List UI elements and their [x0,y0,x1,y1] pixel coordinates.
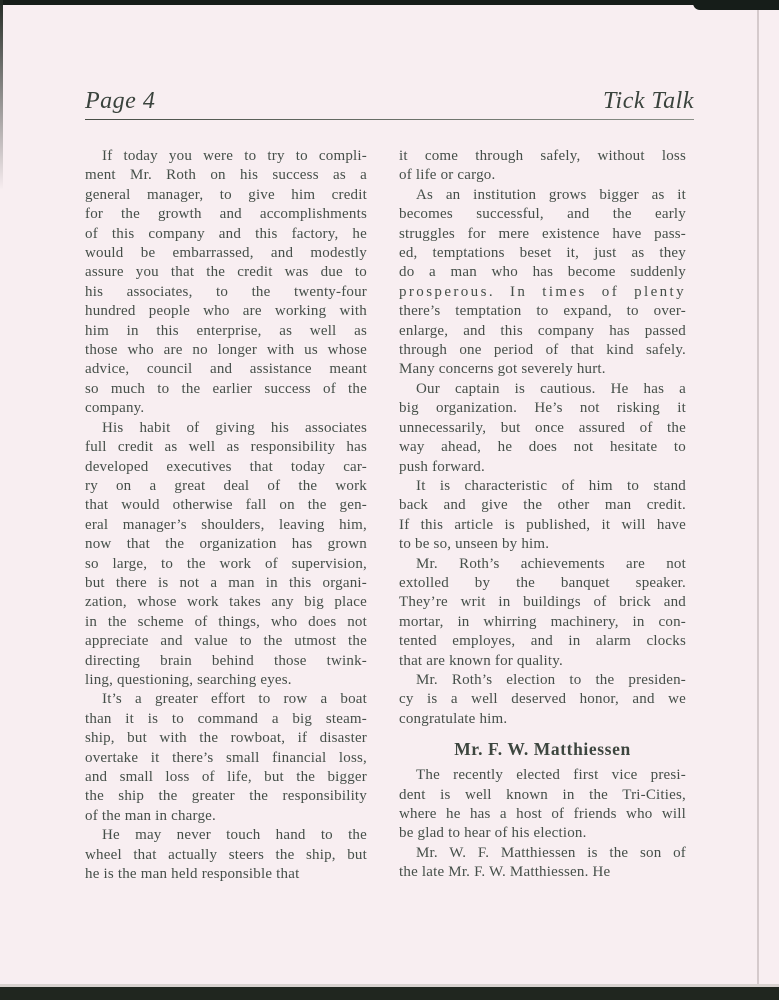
text-line: His habit of giving his associates [85,419,367,438]
text-line: appreciate and value to the utmost the [85,632,367,651]
paragraph: Mr. Roth’s election to the presiden-cy i… [399,671,686,729]
text-line: Mr. Roth’s election to the presiden- [399,671,686,690]
text-line: where he has a host of friends who will [399,805,686,824]
text-line: ship, but with the rowboat, if disaster [85,729,367,748]
text-line: advice, council and assistance meant [85,360,367,379]
text-line: he is the man held responsible that [85,865,367,884]
text-line: company. [85,399,367,418]
text-line: big organization. He’s not risking it [399,399,686,418]
text-line: ment Mr. Roth on his success as a [85,166,367,185]
text-line: prosperous. In times of plenty [399,283,686,302]
text-line: but there is not a man in this organi- [85,574,367,593]
text-line: eral manager’s shoulders, leaving him, [85,516,367,535]
scan-edge-bottom [0,987,779,1000]
text-line: ling, questioning, searching eyes. [85,671,367,690]
text-line: ed, temptations beset it, just as they [399,244,686,263]
text-line: ry on a great deal of the work [85,477,367,496]
text-line: overtake it there’s small financial loss… [85,749,367,768]
page-header: Page 4 Tick Talk [85,88,694,120]
text-line: there’s temptation to expand, to over- [399,302,686,321]
text-line: so much to the earlier success of the [85,380,367,399]
publication-title: Tick Talk [603,88,694,115]
text-line: hundred people who are working with [85,302,367,321]
text-line: struggles for mere existence have pass- [399,225,686,244]
paragraph: It is characteristic of him to standback… [399,477,686,555]
text-line: assure you that the credit was due to [85,263,367,282]
text-line: so large, to the work of supervision, [85,555,367,574]
scan-edge-top-right [693,0,779,10]
header-rule [85,119,694,120]
page-crease [757,10,759,984]
text-line: than it is to command a big steam- [85,710,367,729]
scan-edge-left [0,0,3,190]
paragraph: The recently elected first vice presi-de… [399,766,686,844]
paragraph: it come through safely, without lossof l… [399,147,686,186]
text-line: that are known for quality. [399,652,686,671]
text-line: him in this enterprise, as well as [85,322,367,341]
text-line: those who are no longer with us whose [85,341,367,360]
text-line: would be embarrassed, and modestly [85,244,367,263]
paragraph: His habit of giving his associatesfull c… [85,419,367,691]
paragraph: Mr. W. F. Matthiessen is the son ofthe l… [399,844,686,883]
text-line: for the growth and accomplishments [85,205,367,224]
text-line: He may never touch hand to the [85,826,367,845]
text-line: of this company and this factory, he [85,225,367,244]
paragraph: It’s a greater effort to row a boatthan … [85,690,367,826]
text-line: As an institution grows bigger as it [399,186,686,205]
text-line: that would otherwise fall on the gen- [85,496,367,515]
paragraph: If today you were to try to compli-ment … [85,147,367,419]
text-line: general manager, to give him credit [85,186,367,205]
text-line: If today you were to try to compli- [85,147,367,166]
text-line: mortar, in whirring machinery, in con- [399,613,686,632]
text-line: his associates, to the twenty-four [85,283,367,302]
text-line: It’s a greater effort to row a boat [85,690,367,709]
text-line: the late Mr. F. W. Matthiessen. He [399,863,686,882]
text-line: Our captain is cautious. He has a [399,380,686,399]
text-line: If this article is published, it will ha… [399,516,686,535]
text-line: back and give the other man credit. [399,496,686,515]
text-line: full credit as well as responsibility ha… [85,438,367,457]
text-line: They’re writ in buildings of brick and [399,593,686,612]
text-line: and small loss of life, but the bigger [85,768,367,787]
text-line: it come through safely, without loss [399,147,686,166]
text-line: becomes successful, and the early [399,205,686,224]
paragraph: As an institution grows bigger as itbeco… [399,186,686,380]
text-line: of the man in charge. [85,807,367,826]
page-number: Page 4 [85,88,155,115]
text-line: in the scheme of things, who does not [85,613,367,632]
text-line: of life or cargo. [399,166,686,185]
scanned-newsletter-page: Page 4 Tick Talk If today you were to tr… [0,0,779,1000]
section-heading: Mr. F. W. Matthiessen [399,738,686,760]
right-column: it come through safely, without lossof l… [399,147,686,883]
text-line: Many concerns got severely hurt. [399,360,686,379]
left-column: If today you were to try to compli-ment … [85,147,367,884]
paragraph: Our captain is cautious. He has abig org… [399,380,686,477]
text-line: It is characteristic of him to stand [399,477,686,496]
text-line: way ahead, he does not hesitate to [399,438,686,457]
text-line: be glad to hear of his election. [399,824,686,843]
text-line: wheel that actually steers the ship, but [85,846,367,865]
text-line: cy is a well deserved honor, and we [399,690,686,709]
text-line: extolled by the banquet speaker. [399,574,686,593]
text-line: through one period of that kind safely. [399,341,686,360]
text-line: zation, whose work takes any big place [85,593,367,612]
scan-edge-top [0,0,779,5]
text-line: The recently elected first vice presi- [399,766,686,785]
text-line: congratulate him. [399,710,686,729]
text-line: push forward. [399,458,686,477]
paragraph: He may never touch hand to thewheel that… [85,826,367,884]
text-line: directing brain behind those twink- [85,652,367,671]
paragraph: Mr. Roth’s achievements are notextolled … [399,555,686,671]
text-line: dent is well known in the Tri-Cities, [399,786,686,805]
text-line: to be so, unseen by him. [399,535,686,554]
text-line: Mr. W. F. Matthiessen is the son of [399,844,686,863]
text-line: the ship the greater the responsibility [85,787,367,806]
text-line: enlarge, and this company has passed [399,322,686,341]
text-line: tented employes, and in alarm clocks [399,632,686,651]
text-line: unnecessarily, but once assured of the [399,419,686,438]
text-line: Mr. Roth’s achievements are not [399,555,686,574]
text-line: now that the organization has grown [85,535,367,554]
text-line: do a man who has become suddenly [399,263,686,282]
text-line: developed executives that today car- [85,458,367,477]
